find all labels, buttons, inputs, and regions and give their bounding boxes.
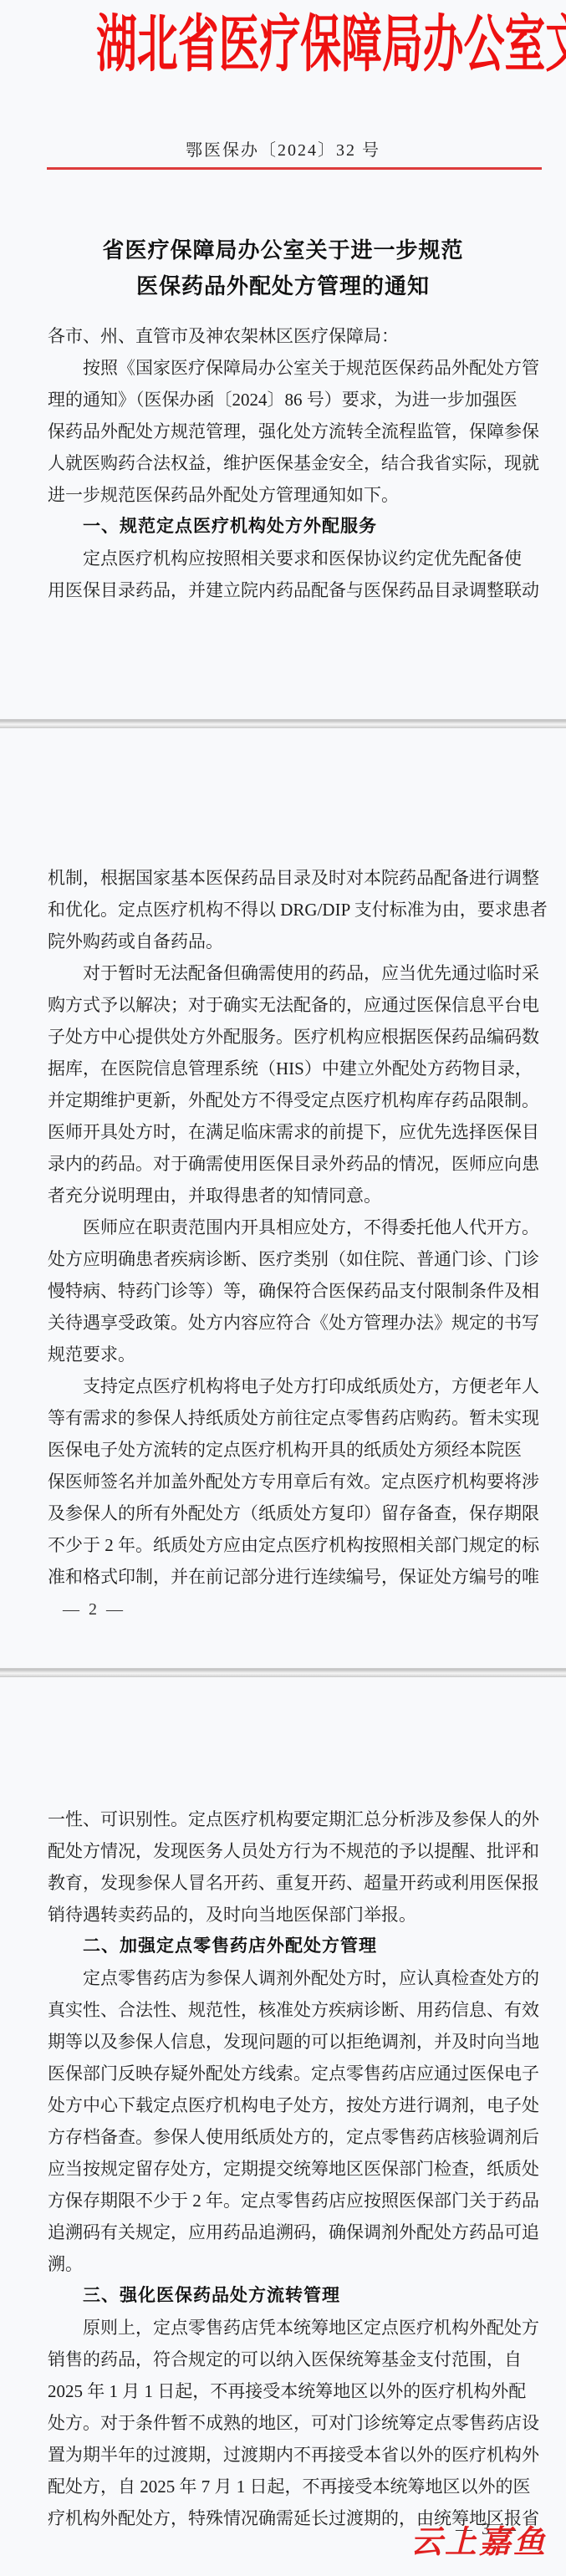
document-text-line: 教育，发现参保人冒名开药、重复开药、超量开药或利用医保报 xyxy=(48,1867,541,1899)
document-text-line: 院外购药或自备药品。 xyxy=(48,926,541,957)
document-text-line: 处方。对于条件暂不成熟的地区，可对门诊统筹定点零售药店设 xyxy=(48,2407,541,2439)
document-text-line: 人就医购药合法权益，维护医保基金安全，结合我省实际，现就 xyxy=(48,447,541,479)
document-text-line: 理的通知》（医保办函〔2024〕86 号）要求，为进一步加强医 xyxy=(48,384,541,416)
document-text-line: 处方中心下载定点医疗机构电子处方，按处方进行调剂，电子处 xyxy=(48,2089,541,2121)
document-text-line: 慢特病、特药门诊等）等，确保符合医保药品支付限制条件及相 xyxy=(48,1275,541,1307)
document-text-line: 2025 年 1 月 1 日起，不再接受本统筹地区以外的医疗机构外配 xyxy=(48,2375,541,2407)
document-text-line: 医保电子处方流转的定点医疗机构开具的纸质处方须经本院医 xyxy=(48,1434,541,1466)
document-text-line: 支持定点医疗机构将电子处方打印成纸质处方，方便老年人 xyxy=(48,1370,541,1402)
document-text-line: 方存档备查。参保人使用纸质处方的，定点零售药店核验调剂后 xyxy=(48,2121,541,2153)
document-text-line: 及参保人的所有外配处方（纸质处方复印）留存备查，保存期限 xyxy=(48,1497,541,1529)
document-text-line: 定点医疗机构应按照相关要求和医保协议约定优先配备使 xyxy=(48,543,541,574)
document-text-line: 用医保目录药品，并建立院内药品配备与医保药品目录调整联动 xyxy=(48,574,541,606)
document-text-line: 追溯码有关规定，应用药品追溯码，确保调剂外配处方药品可追 xyxy=(48,2216,541,2248)
section-heading-line: 三、强化医保药品处方流转管理 xyxy=(48,2280,541,2312)
watermark-text: 云上嘉鱼 xyxy=(410,2526,548,2559)
document-text-line: 销待遇转卖药品的，及时向当地医保部门举报。 xyxy=(48,1899,541,1931)
document-text-line: 进一步规范医保药品外配处方管理通知如下。 xyxy=(48,479,541,511)
document-text-line: 录内的药品。对于确需使用医保目录外药品的情况，医师应向患 xyxy=(48,1148,541,1180)
document-text-line: 期等以及参保人信息，发现问题的可以拒绝调剂，并及时向当地 xyxy=(48,2026,541,2058)
document-text-line: 不少于 2 年。纸质处方应由定点医疗机构按照相关部门规定的标 xyxy=(48,1529,541,1561)
page1-body: 各市、州、直管市及神农架林区医疗保障局：按照《国家医疗保障局办公室关于规范医保药… xyxy=(48,320,541,606)
document-text-line: 各市、州、直管市及神农架林区医疗保障局： xyxy=(48,320,541,352)
document-text-line: 应当按规定留存处方，定期提交统筹地区医保部门检查，纸质处 xyxy=(48,2153,541,2185)
page2-body: 机制，根据国家基本医保药品目录及时对本院药品配备进行调整和优化。定点医疗机构不得… xyxy=(48,862,541,1593)
doc-number: 鄂医保办〔2024〕32 号 xyxy=(0,139,566,162)
document-text-line: 销售的药品，符合规定的可以纳入医保统筹基金支付范围，自 xyxy=(48,2344,541,2375)
document-text-line: 置为期半年的过渡期，过渡期内不再接受本省以外的医疗机构外 xyxy=(48,2439,541,2471)
document-text-line: 关待遇享受政策。处方内容应符合《处方管理办法》规定的书写 xyxy=(48,1307,541,1339)
page3-body: 一性、可识别性。定点医疗机构要定期汇总分析涉及参保人的外配处方情况，发现医务人员… xyxy=(48,1803,541,2534)
document-text-line: 机制，根据国家基本医保药品目录及时对本院药品配备进行调整 xyxy=(48,862,541,894)
document-text-line: 医保部门反映存疑外配处方线索。定点零售药店应通过医保电子 xyxy=(48,2058,541,2089)
document-text-line: 一性、可识别性。定点医疗机构要定期汇总分析涉及参保人的外 xyxy=(48,1803,541,1835)
document-text-line: 等有需求的参保人持纸质处方前往定点零售药店购药。暂未实现 xyxy=(48,1402,541,1434)
document-text-line: 溯。 xyxy=(48,2248,541,2280)
document-text-line: 配处方，自 2025 年 7 月 1 日起，不再接受本统筹地区以外的医 xyxy=(48,2471,541,2502)
page-1: 湖北省医疗保障局办公室文件 鄂医保办〔2024〕32 号 省医疗保障局办公室关于… xyxy=(0,0,566,719)
document-text-line: 并定期维护更新，外配处方不得受定点医疗机构库存药品限制。 xyxy=(48,1084,541,1116)
document-text-line: 配处方情况，发现医务人员处方行为不规范的予以提醒、批评和 xyxy=(48,1835,541,1867)
page-2: 机制，根据国家基本医保药品目录及时对本院药品配备进行调整和优化。定点医疗机构不得… xyxy=(0,728,566,1668)
page-3: 一性、可识别性。定点医疗机构要定期汇总分析涉及参保人的外配处方情况，发现医务人员… xyxy=(0,1677,566,2576)
document-text-line: 子处方中心提供处方外配服务。医疗机构应根据医保药品编码数 xyxy=(48,1021,541,1053)
document-text-line: 医师应在职责范围内开具相应处方，不得委托他人代开方。 xyxy=(48,1211,541,1243)
doc-title-line1: 省医疗保障局办公室关于进一步规范 xyxy=(102,238,463,263)
document-text-line: 按照《国家医疗保障局办公室关于规范医保药品外配处方管 xyxy=(48,352,541,384)
document-text-line: 定点零售药店为参保人调剂外配处方时，应认真检查处方的 xyxy=(48,1962,541,1994)
doc-title: 省医疗保障局办公室关于进一步规范 医保药品外配处方管理的通知 xyxy=(0,232,566,304)
page-number-2: — 2 — xyxy=(63,1600,125,1620)
document-text-line: 者充分说明理由，并取得患者的知情同意。 xyxy=(48,1180,541,1211)
red-header-title: 湖北省医疗保障局办公室文件 xyxy=(96,12,470,79)
document-text-line: 对于暂时无法配备但确需使用的药品，应当优先通过临时采 xyxy=(48,957,541,989)
document-text-line: 准和格式印制，并在前记部分进行连续编号，保证处方编号的唯 xyxy=(48,1561,541,1593)
document-text-line: 保医师签名并加盖外配处方专用章后有效。定点医疗机构要将涉 xyxy=(48,1466,541,1497)
section-heading-line: 一、规范定点医疗机构处方外配服务 xyxy=(48,511,541,543)
page-separator-2 xyxy=(0,1668,566,1677)
document-root: 湖北省医疗保障局办公室文件 鄂医保办〔2024〕32 号 省医疗保障局办公室关于… xyxy=(0,0,566,2576)
document-text-line: 医师开具处方时，在满足临床需求的前提下，应优先选择医保目 xyxy=(48,1116,541,1148)
page-separator-1 xyxy=(0,719,566,728)
document-text-line: 处方应明确患者疾病诊断、医疗类别（如住院、普通门诊、门诊 xyxy=(48,1243,541,1275)
red-divider-line xyxy=(47,167,542,170)
document-text-line: 保药品外配处方规范管理，强化处方流转全流程监管，保障参保 xyxy=(48,416,541,447)
document-text-line: 据库，在医院信息管理系统（HIS）中建立外配处方药物目录， xyxy=(48,1053,541,1084)
document-text-line: 购方式予以解决；对于确实无法配备的，应通过医保信息平台电 xyxy=(48,989,541,1021)
document-text-line: 和优化。定点医疗机构不得以 DRG/DIP 支付标准为由，要求患者 xyxy=(48,894,541,926)
document-text-line: 真实性、合法性、规范性，核准处方疾病诊断、用药信息、有效 xyxy=(48,1994,541,2026)
doc-title-line2: 医保药品外配处方管理的通知 xyxy=(136,274,430,298)
document-text-line: 原则上，定点零售药店凭本统筹地区定点医疗机构外配处方 xyxy=(48,2312,541,2344)
document-text-line: 方保存期限不少于 2 年。定点零售药店应按照医保部门关于药品 xyxy=(48,2185,541,2216)
section-heading-line: 二、加强定点零售药店外配处方管理 xyxy=(48,1931,541,1962)
document-text-line: 规范要求。 xyxy=(48,1339,541,1370)
